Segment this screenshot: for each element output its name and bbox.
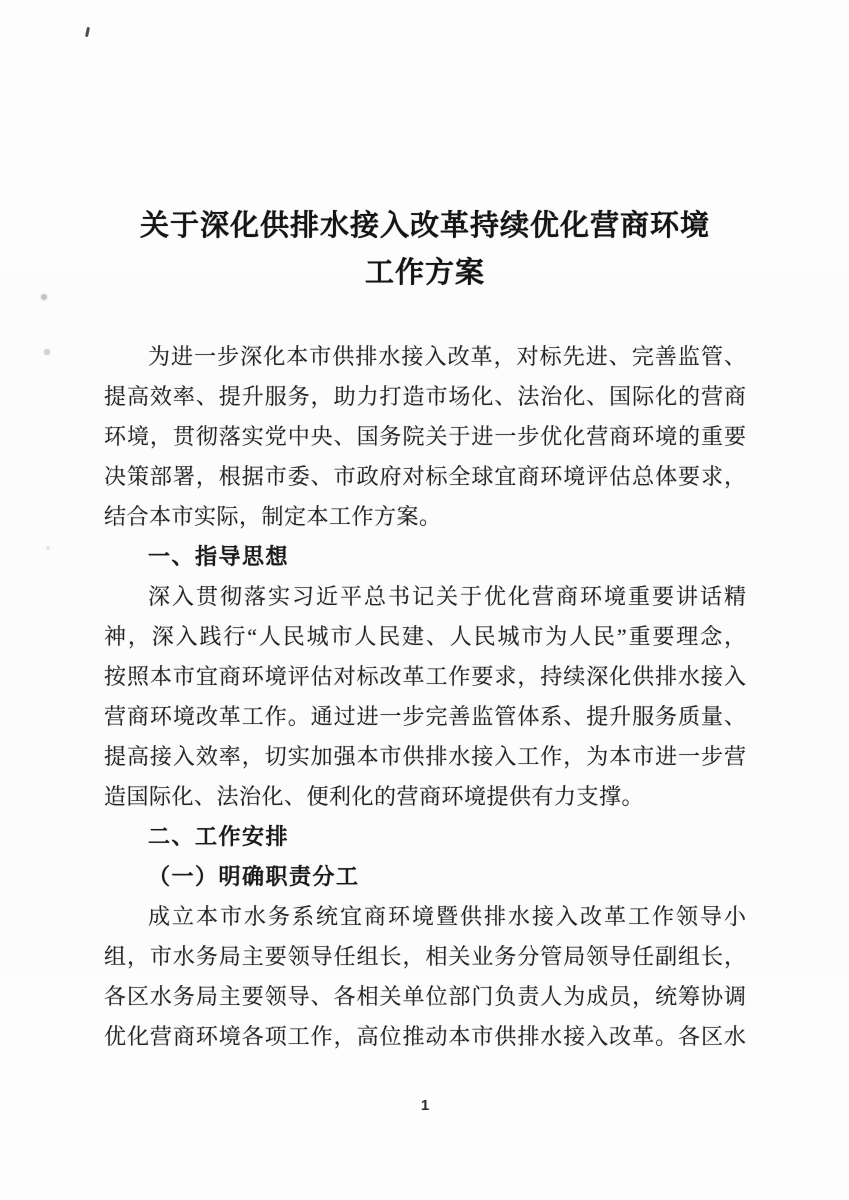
text-line: 深入贯彻落实习近平总书记关于优化营商环境重要讲话精 xyxy=(104,577,746,617)
section-heading-1: 一、指导思想 xyxy=(104,537,746,577)
text-line: 成立本市水务系统宜商环境暨供排水接入改革工作领导小 xyxy=(104,897,746,937)
text-line: 神，深入践行“人民城市人民建、人民城市为人民”重要理念， xyxy=(104,617,746,657)
text-line: 按照本市宜商环境评估对标改革工作要求，持续深化供排水接入 xyxy=(104,657,746,697)
text-line: 各区水务局主要领导、各相关单位部门负责人为成员，统筹协调 xyxy=(104,977,746,1017)
document-title: 关于深化供排水接入改革持续优化营商环境 工作方案 xyxy=(104,203,746,297)
text-line: 为进一步深化本市供排水接入改革，对标先进、完善监管、 xyxy=(104,337,746,377)
scan-artifact-speck xyxy=(41,294,47,300)
text-line: 组，市水务局主要领导任组长，相关业务分管局领导任副组长， xyxy=(104,937,746,977)
text-line: 提高效率、提升服务，助力打造市场化、法治化、国际化的营商 xyxy=(104,377,746,417)
scan-artifact-mark xyxy=(85,27,90,37)
document-title-line-1: 关于深化供排水接入改革持续优化营商环境 xyxy=(104,203,746,250)
scan-artifact-speck xyxy=(46,546,50,550)
text-line: 提高接入效率，切实加强本市供排水接入工作，为本市进一步营 xyxy=(104,737,746,777)
document-text: 为进一步深化本市供排水接入改革，对标先进、完善监管、 提高效率、提升服务，助力打… xyxy=(104,337,746,1057)
scanned-document-page: 关于深化供排水接入改革持续优化营商环境 工作方案 为进一步深化本市供排水接入改革… xyxy=(0,0,849,1200)
text-line: 结合本市实际，制定本工作方案。 xyxy=(104,497,746,537)
text-line: 优化营商环境各项工作，高位推动本市供排水接入改革。各区水 xyxy=(104,1017,746,1057)
text-line: 环境，贯彻落实党中央、国务院关于进一步优化营商环境的重要 xyxy=(104,417,746,457)
document-title-line-2: 工作方案 xyxy=(104,250,746,297)
subsection-heading-1: （一）明确职责分工 xyxy=(104,857,746,897)
text-line: 造国际化、法治化、便利化的营商环境提供有力支撑。 xyxy=(104,777,746,817)
page-number: 1 xyxy=(104,1097,746,1114)
section-heading-2: 二、工作安排 xyxy=(104,817,746,857)
document-body: 关于深化供排水接入改革持续优化营商环境 工作方案 为进一步深化本市供排水接入改革… xyxy=(104,0,746,1057)
text-line: 营商环境改革工作。通过进一步完善监管体系、提升服务质量、 xyxy=(104,697,746,737)
text-line: 决策部署，根据市委、市政府对标全球宜商环境评估总体要求， xyxy=(104,457,746,497)
scan-artifact-speck xyxy=(44,349,50,355)
